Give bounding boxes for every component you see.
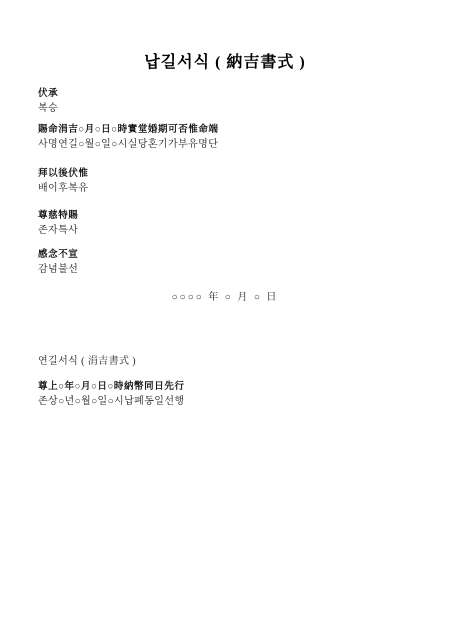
paragraph-1-hanja-line: 伏承 bbox=[38, 88, 58, 100]
paragraph-3-hanja-line: 拜以後伏惟 bbox=[38, 168, 89, 180]
paragraph-2-hangul-line: 사명연길○월○일○시실당혼기가부유명단 bbox=[38, 139, 218, 151]
document-title: 납길서식 ( 納吉書式 ) bbox=[0, 49, 450, 72]
paragraph-1-hangul-line: 복승 bbox=[38, 103, 58, 115]
paragraph-5-hanja-line: 感念不宣 bbox=[38, 249, 78, 261]
date-line: ○○○○ 年 ○ 月 ○ 日 bbox=[0, 288, 450, 303]
subsection-hangul-line: 존상○년○월○일○시납폐동일선행 bbox=[38, 396, 184, 408]
paragraph-2-hanja-line: 賜命涓吉○月○日○時實堂婚期可否惟命端 bbox=[38, 124, 219, 136]
paragraph-5-hangul-line: 감념불선 bbox=[38, 264, 78, 276]
paragraph-3-hangul-line: 배이후복유 bbox=[38, 183, 88, 195]
subsection-hanja-line: 尊上○年○月○日○時納幣同日先行 bbox=[38, 381, 185, 393]
paragraph-4-hanja-line: 尊慈特賜 bbox=[38, 210, 78, 222]
document-page: 납길서식 ( 納吉書式 ) 伏承 복승 賜命涓吉○月○日○時實堂婚期可否惟命端 … bbox=[0, 0, 450, 636]
paragraph-4-hangul-line: 존자특사 bbox=[38, 225, 78, 237]
subsection-title: 연길서식 ( 涓吉書式 ) bbox=[38, 352, 136, 367]
